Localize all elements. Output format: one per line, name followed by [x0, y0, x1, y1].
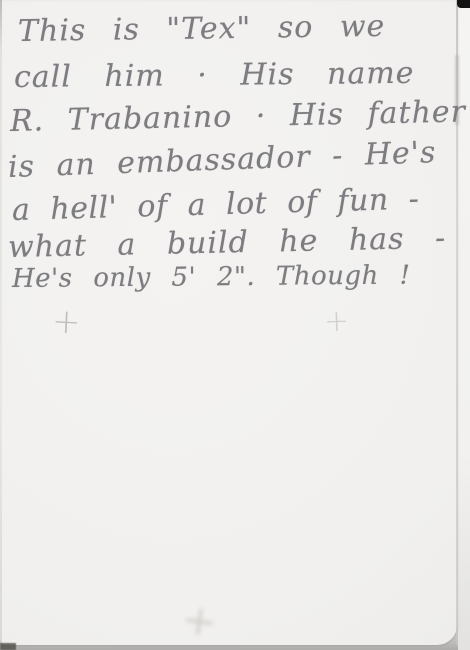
scanned-photo-back: This is "Tex" so we call him · His name … [0, 0, 470, 650]
handwriting-line-2: call him · His name [14, 56, 415, 95]
handwriting-line-1: This is "Tex" so we [18, 9, 386, 49]
bottom-left-dark-spot [0, 643, 16, 650]
corner-dark-patch [457, 0, 470, 8]
ghost-bleedthrough-mark: + [179, 594, 221, 647]
faint-cross-mark-left: + [51, 301, 82, 342]
faint-cross-mark-right: + [323, 304, 349, 340]
paper-left-edge [0, 0, 2, 650]
handwriting-line-7: He's only 5' 2". Though ! [12, 261, 411, 294]
